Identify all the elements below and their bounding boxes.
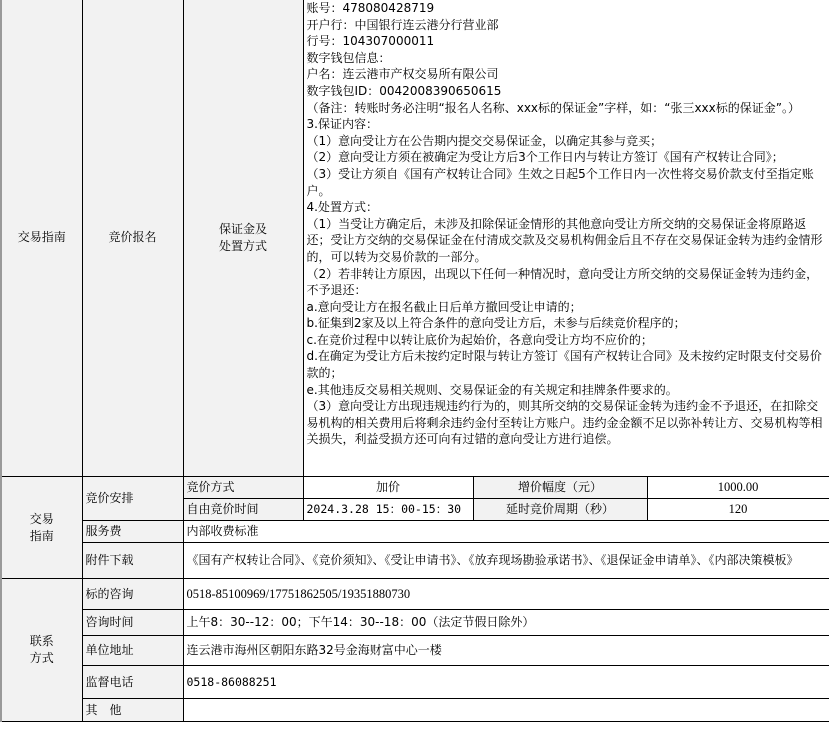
increment-label: 增价幅度（元）: [473, 477, 647, 499]
increment-value: 1000.00: [647, 477, 829, 499]
bid-method-value: 加价: [303, 477, 473, 499]
disposal-item-2: （2）若非转让方原因，出现以下任何一种情况时，意向受让方所交纳的交易保证金转为违…: [307, 266, 827, 299]
deposit-content-item-3: （3）受让方须自《国有产权转让合同》生效之日起5个工作日内一次性将交易价款支付至…: [307, 166, 827, 199]
disposal-case-e: e.其他违反交易相关规则、交易保证金的有关规定和挂牌条件要求的。: [307, 382, 827, 399]
inquiry-time-label: 咨询时间: [82, 610, 183, 636]
disposal-case-a: a.意向受让方在报名截止日后单方撤回受让申请的；: [307, 299, 827, 316]
contact-row-2: 咨询时间 上午8：30--12：00；下午14：30--18：00（法定节假日除…: [1, 610, 829, 636]
disposal-case-c: c.在竞价过程中以转让底价为起始价，各意向受让方均不应价的；: [307, 332, 827, 349]
disposal-case-b: b.征集到2家及以上符合条件的意向受让方后，未参与后续竞价程序的；: [307, 315, 827, 332]
listing-info-table: 交易指南 竞价报名 保证金及 处置方式 账号：478080428719 开户行：…: [0, 0, 829, 722]
attachments-row: 附件下载 《国有产权转让合同》、《竞价须知》、《受让申请书》、《放弃现场勘验承诺…: [1, 543, 829, 579]
attachments-label: 附件下载: [82, 543, 183, 579]
delay-period-value: 120: [647, 499, 829, 521]
section-label-text: 交易指南: [18, 230, 66, 244]
bid-method-label: 竞价方式: [183, 477, 303, 499]
section-label-contact: 联系 方式: [1, 579, 82, 722]
service-fee-row: 服务费 内部收费标准: [1, 521, 829, 543]
bid-method-row: 交易 指南 竞价安排 竞价方式 加价 增价幅度（元） 1000.00: [1, 477, 829, 499]
disposal-item-3: （3）意向受让方出现违规违约行为的，则其所交纳的交易保证金转为违约金不予退还，在…: [307, 398, 827, 448]
deposit-content-item-1: （1）意向受让方在公告期内提交交易保证金，以确定其参与竞买；: [307, 133, 827, 150]
free-bid-time-label: 自由竞价时间: [183, 499, 303, 521]
service-fee-value: 内部收费标准: [183, 521, 829, 543]
bank-name: 开户行：中国银行连云港分行营业部: [307, 17, 827, 34]
deposit-content-item-2: （2）意向受让方须在被确定为受让方后3个工作日内与转让方签订《国有产权转让合同》…: [307, 149, 827, 166]
free-bid-time-value: 2024.3.28 15：00-15：30: [303, 499, 473, 521]
bidding-arrangement-label: 竞价安排: [82, 477, 183, 521]
item-label-line1: 保证金及: [187, 221, 300, 238]
deposit-disposal-row: 交易指南 竞价报名 保证金及 处置方式 账号：478080428719 开户行：…: [1, 0, 829, 477]
bank-code: 行号：104307000011: [307, 33, 827, 50]
service-fee-label: 服务费: [82, 521, 183, 543]
contact-label-line1: 联系: [5, 633, 79, 650]
section-label-trade-guide: 交易指南: [1, 0, 82, 477]
address-label: 单位地址: [82, 636, 183, 666]
contact-label-line2: 方式: [5, 650, 79, 667]
disposal-case-d: d.在确定为受让方后未按约定时限与转让方签订《国有产权转让合同》及未按约定时限支…: [307, 348, 827, 381]
disposal-item-1: （1）当受让方确定后，未涉及扣除保证金情形的其他意向受让方所交纳的交易保证金将原…: [307, 216, 827, 266]
contact-row-5: 其 他: [1, 699, 829, 722]
subject-inquiry-phones: 0518-85100969/17751862505/19351880730: [183, 579, 829, 610]
transfer-note: （备注：转账时务必注明“报名人名称、xxx标的保证金”字样，如：“张三xxx标的…: [307, 100, 827, 117]
other-label: 其 他: [82, 699, 183, 722]
supervision-phone-value: 0518-86088251: [183, 666, 829, 699]
section-label-line2: 指南: [5, 528, 79, 545]
category-label-text: 竞价报名: [108, 230, 156, 244]
supervision-phone-label: 监督电话: [82, 666, 183, 699]
section-label-line1: 交易: [5, 511, 79, 528]
address-value: 连云港市海州区朝阳东路32号金海财富中心一楼: [183, 636, 829, 666]
category-label-bid-registration: 竞价报名: [82, 0, 183, 477]
delay-period-label: 延时竞价周期（秒）: [473, 499, 647, 521]
inquiry-time-value: 上午8：30--12：00；下午14：30--18：00（法定节假日除外）: [183, 610, 829, 636]
account-holder: 户名：连云港市产权交易所有限公司: [307, 66, 827, 83]
digital-wallet-id: 数字钱包ID：0042008390650615: [307, 83, 827, 100]
other-value: [183, 699, 829, 722]
section-label-trade-guide-2: 交易 指南: [1, 477, 82, 579]
item-label-line2: 处置方式: [187, 238, 300, 255]
item-label-deposit-disposal: 保证金及 处置方式: [183, 0, 303, 477]
deposit-disposal-content: 账号：478080428719 开户行：中国银行连云港分行营业部 行号：1043…: [303, 0, 829, 477]
account-number: 账号：478080428719: [307, 0, 827, 17]
subject-inquiry-label: 标的咨询: [82, 579, 183, 610]
contact-row-4: 监督电话 0518-86088251: [1, 666, 829, 699]
contact-row-1: 联系 方式 标的咨询 0518-85100969/17751862505/193…: [1, 579, 829, 610]
contact-row-3: 单位地址 连云港市海州区朝阳东路32号金海财富中心一楼: [1, 636, 829, 666]
deposit-content-heading: 3.保证内容：: [307, 116, 827, 133]
disposal-heading: 4.处置方式：: [307, 199, 827, 216]
attachments-links[interactable]: 《国有产权转让合同》、《竞价须知》、《受让申请书》、《放弃现场勘验承诺书》、《退…: [183, 543, 829, 579]
digital-wallet-heading: 数字钱包信息：: [307, 50, 827, 67]
